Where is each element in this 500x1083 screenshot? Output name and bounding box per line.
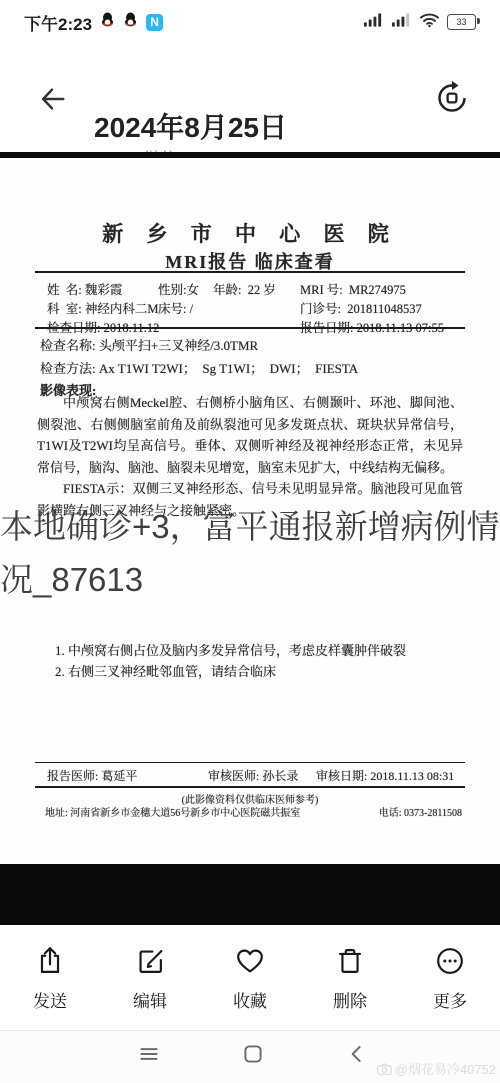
action-bar: 发送 编辑 收藏 删除 更多 — [0, 925, 500, 1030]
outpatient-number: 门诊号: 201811048537 — [300, 299, 422, 317]
status-bar-right: 33 — [363, 12, 476, 33]
review-date: 审核日期: 2018.11.13 08:31 — [316, 767, 454, 784]
wifi-icon — [419, 12, 440, 33]
header: 2024年8月25日 9:58 | 微信 — [0, 44, 500, 150]
action-label: 收藏 — [233, 987, 267, 1012]
trash-icon — [333, 944, 367, 978]
findings-paragraph: 中颅窝右侧Meckel腔、右侧桥小脑角区、右侧颞叶、环池、脚间池、侧裂池、右侧侧… — [37, 392, 463, 478]
hospital-name: 新 乡 市 中 心 医 院 — [0, 218, 500, 248]
patient-gender: 性别:女 — [158, 280, 199, 298]
diagnosis-item: 2. 右侧三叉神经毗邻血管，请结合临床 — [55, 661, 406, 682]
action-label: 更多 — [433, 987, 467, 1012]
mri-number: MRI 号: MR274975 — [300, 280, 406, 298]
divider — [35, 786, 465, 788]
watermark-text: @烟花易冷40752 — [395, 1059, 496, 1078]
action-label: 删除 — [333, 987, 367, 1012]
patient-age: 年龄: 22 岁 — [213, 280, 276, 298]
back-arrow-icon[interactable] — [38, 84, 68, 114]
battery-icon: 33 — [447, 14, 476, 30]
more-icon — [433, 944, 467, 978]
exam-method: 检查方法: Ax T1WI T2WI； Sg T1WI； DWI； FIESTA — [40, 358, 358, 377]
home-icon[interactable] — [240, 1041, 266, 1072]
back-chevron-icon[interactable] — [344, 1041, 370, 1072]
battery-percent: 33 — [456, 18, 466, 27]
hospital-address: 地址: 河南省新乡市金穗大道56号新乡市中心医院磁共振室 — [45, 804, 300, 819]
divider — [35, 762, 465, 763]
signal-icon — [363, 12, 384, 33]
status-time: 下午2:23 — [24, 10, 92, 35]
patient-name: 姓 名: 魏彩霞 — [47, 280, 122, 298]
delete-button[interactable]: 删除 — [300, 944, 400, 1012]
overlay-caption: 本地确诊+3，富平通报新增病例情况_87613 — [0, 500, 500, 606]
edit-icon — [133, 944, 167, 978]
action-label: 发送 — [33, 987, 67, 1012]
diagnosis-item: 1. 中颅窝右侧占位及脑内多发异常信号，考虑皮样囊肿伴破裂 — [55, 640, 406, 661]
divider — [35, 271, 465, 273]
watermark: @烟花易冷40752 — [377, 1059, 496, 1078]
exam-name: 检查名称: 头颅平扫+三叉神经/3.0TMR — [40, 335, 258, 354]
more-button[interactable]: 更多 — [400, 944, 500, 1012]
navigation-bar: @烟花易冷40752 — [0, 1030, 500, 1083]
share-icon — [33, 944, 67, 978]
qq-icon — [123, 12, 138, 32]
photo-black-strip-bottom — [0, 864, 500, 925]
divider — [35, 327, 465, 329]
send-button[interactable]: 发送 — [0, 944, 100, 1012]
review-doctor: 审核医师: 孙长录 — [208, 767, 298, 784]
page-title: 2024年8月25日 — [94, 106, 287, 146]
status-bar: 下午2:23 N 33 — [0, 0, 500, 44]
bed-number: 床号: / — [158, 299, 193, 317]
department: 科 室: 神经内科二M — [47, 299, 158, 317]
hospital-phone: 电话: 0373-2811508 — [379, 804, 462, 819]
heart-icon — [233, 944, 267, 978]
watermark-camera-icon — [377, 1063, 392, 1075]
rotate-screen-icon[interactable] — [434, 80, 470, 116]
favorite-button[interactable]: 收藏 — [200, 944, 300, 1012]
n-notification-icon: N — [146, 14, 163, 31]
edit-button[interactable]: 编辑 — [100, 944, 200, 1012]
status-bar-left: 下午2:23 N — [24, 10, 163, 35]
diagnosis-list: 1. 中颅窝右侧占位及脑内多发异常信号，考虑皮样囊肿伴破裂 2. 右侧三叉神经毗… — [55, 640, 406, 682]
report-doctor: 报告医师: 葛延平 — [47, 767, 137, 784]
signal-icon — [391, 12, 412, 33]
screen: 下午2:23 N 33 — [0, 0, 500, 1083]
action-label: 编辑 — [133, 987, 167, 1012]
menu-icon[interactable] — [136, 1041, 162, 1072]
qq-icon — [100, 12, 115, 32]
